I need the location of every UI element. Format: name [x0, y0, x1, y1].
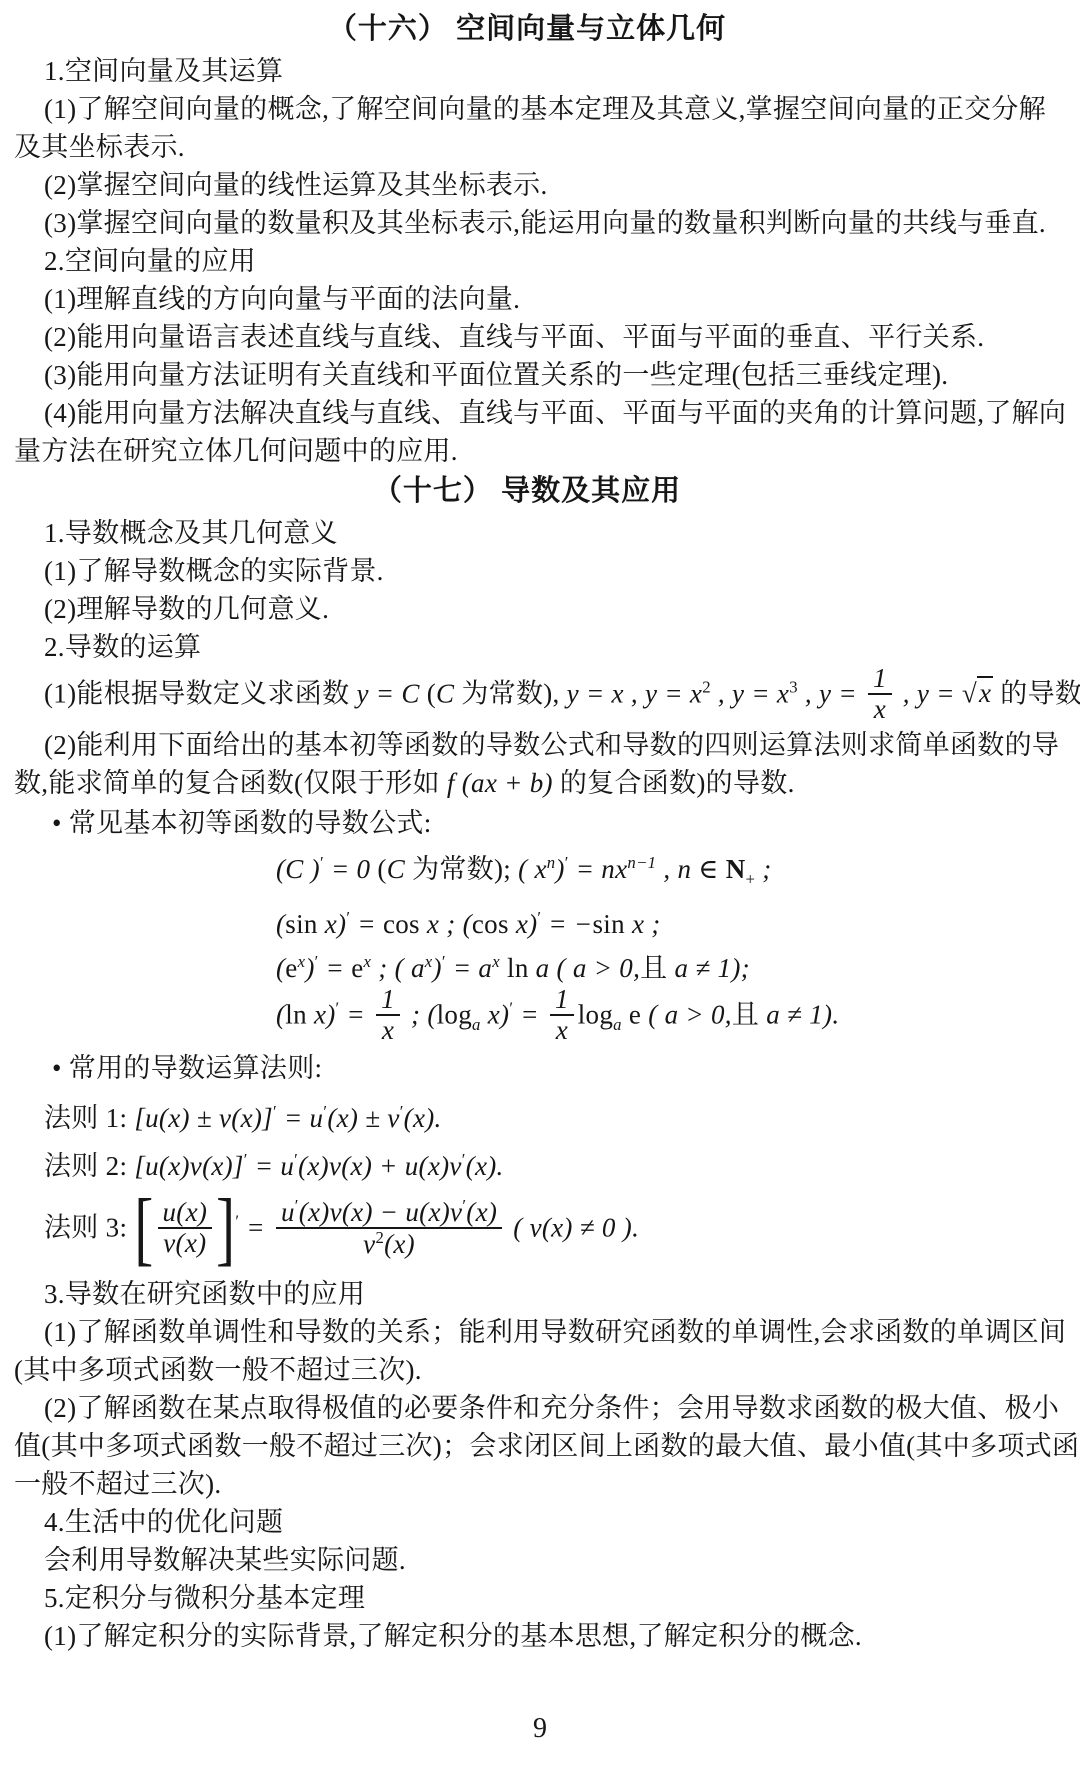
- subscript: +: [746, 870, 756, 889]
- math-run: ; (: [404, 999, 437, 1029]
- document-body: （十六） 空间向量与立体几何1.空间向量及其运算(1)了解空间向量的概念,了解空…: [14, 8, 1040, 1655]
- math-run: u: [281, 1197, 295, 1227]
- text-line: 4.生活中的优化问题: [14, 1503, 1040, 1541]
- text-run: 法则 1:: [44, 1103, 134, 1133]
- math-run: = −: [541, 909, 592, 939]
- text-run: (1)能根据导数定义求函数: [44, 678, 356, 708]
- math-run: , y =: [798, 678, 864, 708]
- text-run: (1)了解空间向量的概念,了解空间向量的基本定理及其意义,掌握空间向量的正交分解: [44, 94, 1046, 124]
- math-run: [u(x) ± v(x)]: [134, 1103, 273, 1133]
- superscript: 3: [789, 677, 798, 696]
- math-run: (: [276, 999, 285, 1029]
- text-run: • 常用的导数运算法则:: [52, 1053, 322, 1083]
- text-run: 3.导数在研究函数中的应用: [44, 1279, 365, 1309]
- text-run: 的导数.: [993, 678, 1080, 708]
- bullet-line: • 常见基本初等函数的导数公式:: [14, 802, 1040, 844]
- math-run: , y =: [896, 678, 962, 708]
- text-run: 一般不超过三次).: [14, 1469, 221, 1499]
- text-run: (2)了解函数在某点取得极值的必要条件和充分条件；会用导数求函数的极大值、极小: [44, 1393, 1059, 1423]
- superscript: x: [492, 952, 500, 971]
- text-line: (2)能用向量语言表述直线与直线、直线与平面、平面与平面的垂直、平行关系.: [14, 318, 1040, 356]
- math-run: ;: [755, 854, 771, 884]
- text-run: 5.定积分与微积分基本定理: [44, 1583, 365, 1613]
- text-line: 一般不超过三次).: [14, 1465, 1040, 1503]
- text-run: 1.导数概念及其几何意义: [44, 518, 338, 548]
- math-run: (x).: [466, 1151, 504, 1181]
- fraction: u(x)v(x): [158, 1198, 213, 1258]
- text-line: (1)能根据导数定义求函数 y = C (C 为常数), y = x , y =…: [14, 666, 1040, 726]
- text-run: 且: [732, 999, 766, 1029]
- text-line: 数,能求简单的复合函数(仅限于形如 f (ax + b) 的复合函数)的导数.: [14, 764, 1040, 802]
- math-run: y = x , y = x: [567, 678, 703, 708]
- math-run: =: [319, 953, 352, 983]
- math-run: (C ): [276, 854, 320, 884]
- formula-rule-line: 法则 2: [u(x)v(x)]′ = u′(x)v(x) + u(x)v′(x…: [14, 1141, 1040, 1185]
- superscript: x: [425, 952, 433, 971]
- text-run: 4.生活中的优化问题: [44, 1507, 283, 1537]
- text-run: e: [285, 953, 297, 983]
- math-run: [u(x)v(x)]: [134, 1151, 243, 1181]
- text-line: 1.导数概念及其几何意义: [14, 514, 1040, 552]
- superscript: n−1: [627, 853, 656, 872]
- formula-line: (ex)′ = ex ; ( ax)′ = ax ln a ( a > 0,且 …: [14, 943, 1040, 987]
- text-run: 2.导数的运算: [44, 632, 201, 662]
- text-run: 值(其中多项式函数一般不超过三次)；会求闭区间上函数的最大值、最小值(其中多项式…: [14, 1431, 1080, 1461]
- text-line: (2)能利用下面给出的基本初等函数的导数公式和导数的四则运算法则求简单函数的导: [14, 726, 1040, 764]
- math-run: u(x): [163, 1197, 208, 1227]
- math-run: x): [314, 999, 336, 1029]
- math-run: x): [481, 999, 510, 1029]
- page-number: 9: [0, 1713, 1080, 1745]
- text-run: • 常见基本初等函数的导数公式:: [52, 808, 432, 838]
- text-run: sin: [285, 909, 324, 939]
- text-run: (3)掌握空间向量的数量积及其坐标表示,能运用向量的数量积判断向量的共线与垂直.: [44, 208, 1046, 238]
- text-line: (3)掌握空间向量的数量积及其坐标表示,能运用向量的数量积判断向量的共线与垂直.: [14, 204, 1040, 242]
- math-run: = u: [248, 1151, 294, 1181]
- math-run: C: [387, 854, 412, 884]
- big-bracket: ]: [216, 1191, 235, 1265]
- math-run: x: [556, 1015, 568, 1045]
- math-run: (: [276, 953, 285, 983]
- text-run: 数,能求简单的复合函数(仅限于形如: [14, 768, 447, 798]
- math-run: =: [513, 999, 546, 1029]
- bullet-line: • 常用的导数运算法则:: [14, 1047, 1040, 1089]
- math-run: (x): [466, 1197, 497, 1227]
- text-run: (2)理解导数的几何意义.: [44, 594, 329, 624]
- text-line: (3)能用向量方法证明有关直线和平面位置关系的一些定理(包括三垂线定理).: [14, 356, 1040, 394]
- math-run: (x): [384, 1229, 415, 1259]
- subscript: a: [472, 1014, 481, 1033]
- text-run: （十七） 导数及其应用: [373, 475, 681, 507]
- text-run: (3)能用向量方法证明有关直线和平面位置关系的一些定理(包括三垂线定理).: [44, 360, 948, 390]
- text-line: (1)了解定积分的实际背景,了解定积分的基本思想,了解定积分的概念.: [14, 1617, 1040, 1655]
- text-run: N: [726, 854, 746, 884]
- math-run: = 0: [324, 854, 377, 884]
- math-run: ( a > 0,: [641, 999, 732, 1029]
- text-run: (: [377, 854, 386, 884]
- math-run: x: [874, 694, 886, 724]
- math-run: = a: [446, 953, 492, 983]
- math-run: = nx: [569, 854, 628, 884]
- text-run: 法则 2:: [44, 1151, 134, 1181]
- text-line: 2.空间向量的应用: [14, 242, 1040, 280]
- math-run: y = C: [356, 678, 426, 708]
- superscript: 2: [375, 1228, 384, 1247]
- text-run: log: [437, 999, 472, 1029]
- math-run: [500, 953, 507, 983]
- text-run: ln: [507, 953, 536, 983]
- math-run: , n ∈: [656, 854, 725, 884]
- text-run: 法则 3:: [44, 1212, 134, 1242]
- math-run: = u: [277, 1103, 323, 1133]
- math-run: a ≠ 1).: [766, 999, 839, 1029]
- text-run: 为常数);: [412, 854, 518, 884]
- formula-line: (sin x)′ = cos x ; (cos x)′ = −sin x ;: [14, 899, 1040, 943]
- text-line: 1.空间向量及其运算: [14, 52, 1040, 90]
- text-run: (1)了解导数概念的实际背景.: [44, 556, 384, 586]
- text-run: (4)能用向量方法解决直线与直线、直线与平面、平面与平面的夹角的计算问题,了解向: [44, 398, 1066, 428]
- square-root: √x: [962, 676, 993, 708]
- text-run: cos: [472, 909, 516, 939]
- text-run: (: [427, 678, 436, 708]
- text-run: 为常数),: [461, 678, 566, 708]
- text-line: (4)能用向量方法解决直线与直线、直线与平面、平面与平面的夹角的计算问题,了解向: [14, 394, 1040, 432]
- text-line: 2.导数的运算: [14, 628, 1040, 666]
- math-run: , y = x: [711, 678, 789, 708]
- section-heading: （十七） 导数及其应用: [14, 470, 1040, 514]
- text-run: 且: [640, 953, 674, 983]
- superscript: 2: [702, 677, 711, 696]
- fraction: 1x: [376, 985, 400, 1045]
- text-run: cos: [383, 909, 427, 939]
- text-line: (1)了解空间向量的概念,了解空间向量的基本定理及其意义,掌握空间向量的正交分解: [14, 90, 1040, 128]
- math-run: v(x): [163, 1228, 206, 1258]
- math-run: ( x: [518, 854, 547, 884]
- math-run: x: [382, 1015, 394, 1045]
- text-run: (其中多项式函数一般不超过三次).: [14, 1355, 422, 1385]
- text-line: 会利用导数解决某些实际问题.: [14, 1541, 1040, 1579]
- math-run: ): [305, 953, 314, 983]
- text-run: 2.空间向量的应用: [44, 246, 256, 276]
- math-run: x): [516, 909, 538, 939]
- text-run: (1)理解直线的方向向量与平面的法向量.: [44, 284, 520, 314]
- text-run: (1)了解函数单调性和导数的关系；能利用导数研究函数的单调性,会求函数的单调区间: [44, 1317, 1066, 1347]
- math-run: x): [325, 909, 347, 939]
- math-run: 1: [381, 984, 395, 1014]
- math-run: (x)v(x) − u(x)v: [299, 1197, 463, 1227]
- math-run: x ; (: [427, 909, 472, 939]
- math-run: f (ax + b): [447, 768, 553, 798]
- text-run: e: [622, 999, 641, 1029]
- formula-line: (ln x)′ = 1x ; (loga x)′ = 1xloga e ( a …: [14, 987, 1040, 1047]
- math-run: C: [436, 678, 461, 708]
- math-run: (: [276, 909, 285, 939]
- text-run: (2)能用向量语言表述直线与直线、直线与平面、平面与平面的垂直、平行关系.: [44, 322, 984, 352]
- document-page: （十六） 空间向量与立体几何1.空间向量及其运算(1)了解空间向量的概念,了解空…: [0, 0, 1080, 1757]
- text-run: (1)了解定积分的实际背景,了解定积分的基本思想,了解定积分的概念.: [44, 1621, 862, 1651]
- formula-line: (C )′ = 0 (C 为常数); ( xn)′ = nxn−1 , n ∈ …: [14, 844, 1040, 898]
- text-line: (2)掌握空间向量的线性运算及其坐标表示.: [14, 166, 1040, 204]
- text-run: 量方法在研究立体几何问题中的应用.: [14, 436, 458, 466]
- math-run: v: [363, 1229, 375, 1259]
- fraction: u′(x)v(x) − u(x)v′(x)v2(x): [276, 1197, 502, 1259]
- section-heading: （十六） 空间向量与立体几何: [14, 8, 1040, 52]
- big-bracket: [: [134, 1191, 153, 1265]
- text-run: (2)掌握空间向量的线性运算及其坐标表示.: [44, 170, 548, 200]
- text-run: 的复合函数)的导数.: [553, 768, 795, 798]
- math-run: (x) ± v: [327, 1103, 399, 1133]
- text-line: 值(其中多项式函数一般不超过三次)；会求闭区间上函数的最大值、最小值(其中多项式…: [14, 1427, 1040, 1465]
- text-line: (2)理解导数的几何意义.: [14, 590, 1040, 628]
- text-run: sin: [593, 909, 632, 939]
- formula-rule-line: 法则 1: [u(x) ± v(x)]′ = u′(x) ± v′(x).: [14, 1093, 1040, 1137]
- math-run: =: [340, 999, 373, 1029]
- text-line: 及其坐标表示.: [14, 128, 1040, 166]
- text-run: e: [351, 953, 363, 983]
- text-line: (其中多项式函数一般不超过三次).: [14, 1351, 1040, 1389]
- math-run: a ( a > 0,: [536, 953, 640, 983]
- text-line: (1)了解函数单调性和导数的关系；能利用导数研究函数的单调性,会求函数的单调区间: [14, 1313, 1040, 1351]
- math-run: ): [555, 854, 564, 884]
- text-line: 3.导数在研究函数中的应用: [14, 1275, 1040, 1313]
- fraction: 1x: [868, 664, 892, 724]
- text-line: (1)了解导数概念的实际背景.: [14, 552, 1040, 590]
- text-line: 量方法在研究立体几何问题中的应用.: [14, 432, 1040, 470]
- text-run: log: [578, 999, 613, 1029]
- formula-rule-line: 法则 3: [u(x)v(x)]′ = u′(x)v(x) − u(x)v′(x…: [14, 1199, 1040, 1261]
- math-run: ( v(x) ≠ 0 ).: [506, 1212, 639, 1242]
- math-run: (x).: [404, 1103, 442, 1133]
- math-run: =: [350, 909, 383, 939]
- math-run: ; ( a: [371, 953, 425, 983]
- text-run: (2)能利用下面给出的基本初等函数的导数公式和导数的四则运算法则求简单函数的导: [44, 730, 1059, 760]
- text-run: 及其坐标表示.: [14, 132, 185, 162]
- math-run: =: [239, 1212, 272, 1242]
- text-line: (1)理解直线的方向向量与平面的法向量.: [14, 280, 1040, 318]
- math-run: (x)v(x) + u(x)v: [298, 1151, 462, 1181]
- text-run: ln: [285, 999, 314, 1029]
- text-run: 1.空间向量及其运算: [44, 56, 283, 86]
- text-line: (2)了解函数在某点取得极值的必要条件和充分条件；会用导数求函数的极大值、极小: [14, 1389, 1040, 1427]
- subscript: a: [613, 1014, 622, 1033]
- text-run: 会利用导数解决某些实际问题.: [44, 1545, 406, 1575]
- fraction: 1x: [550, 985, 574, 1045]
- text-run: （十六） 空间向量与立体几何: [328, 13, 726, 45]
- text-line: 5.定积分与微积分基本定理: [14, 1579, 1040, 1617]
- math-run: 1: [873, 663, 887, 693]
- math-run: ): [433, 953, 442, 983]
- math-run: x ;: [632, 909, 661, 939]
- math-run: a ≠ 1);: [675, 953, 750, 983]
- math-run: 1: [555, 984, 569, 1014]
